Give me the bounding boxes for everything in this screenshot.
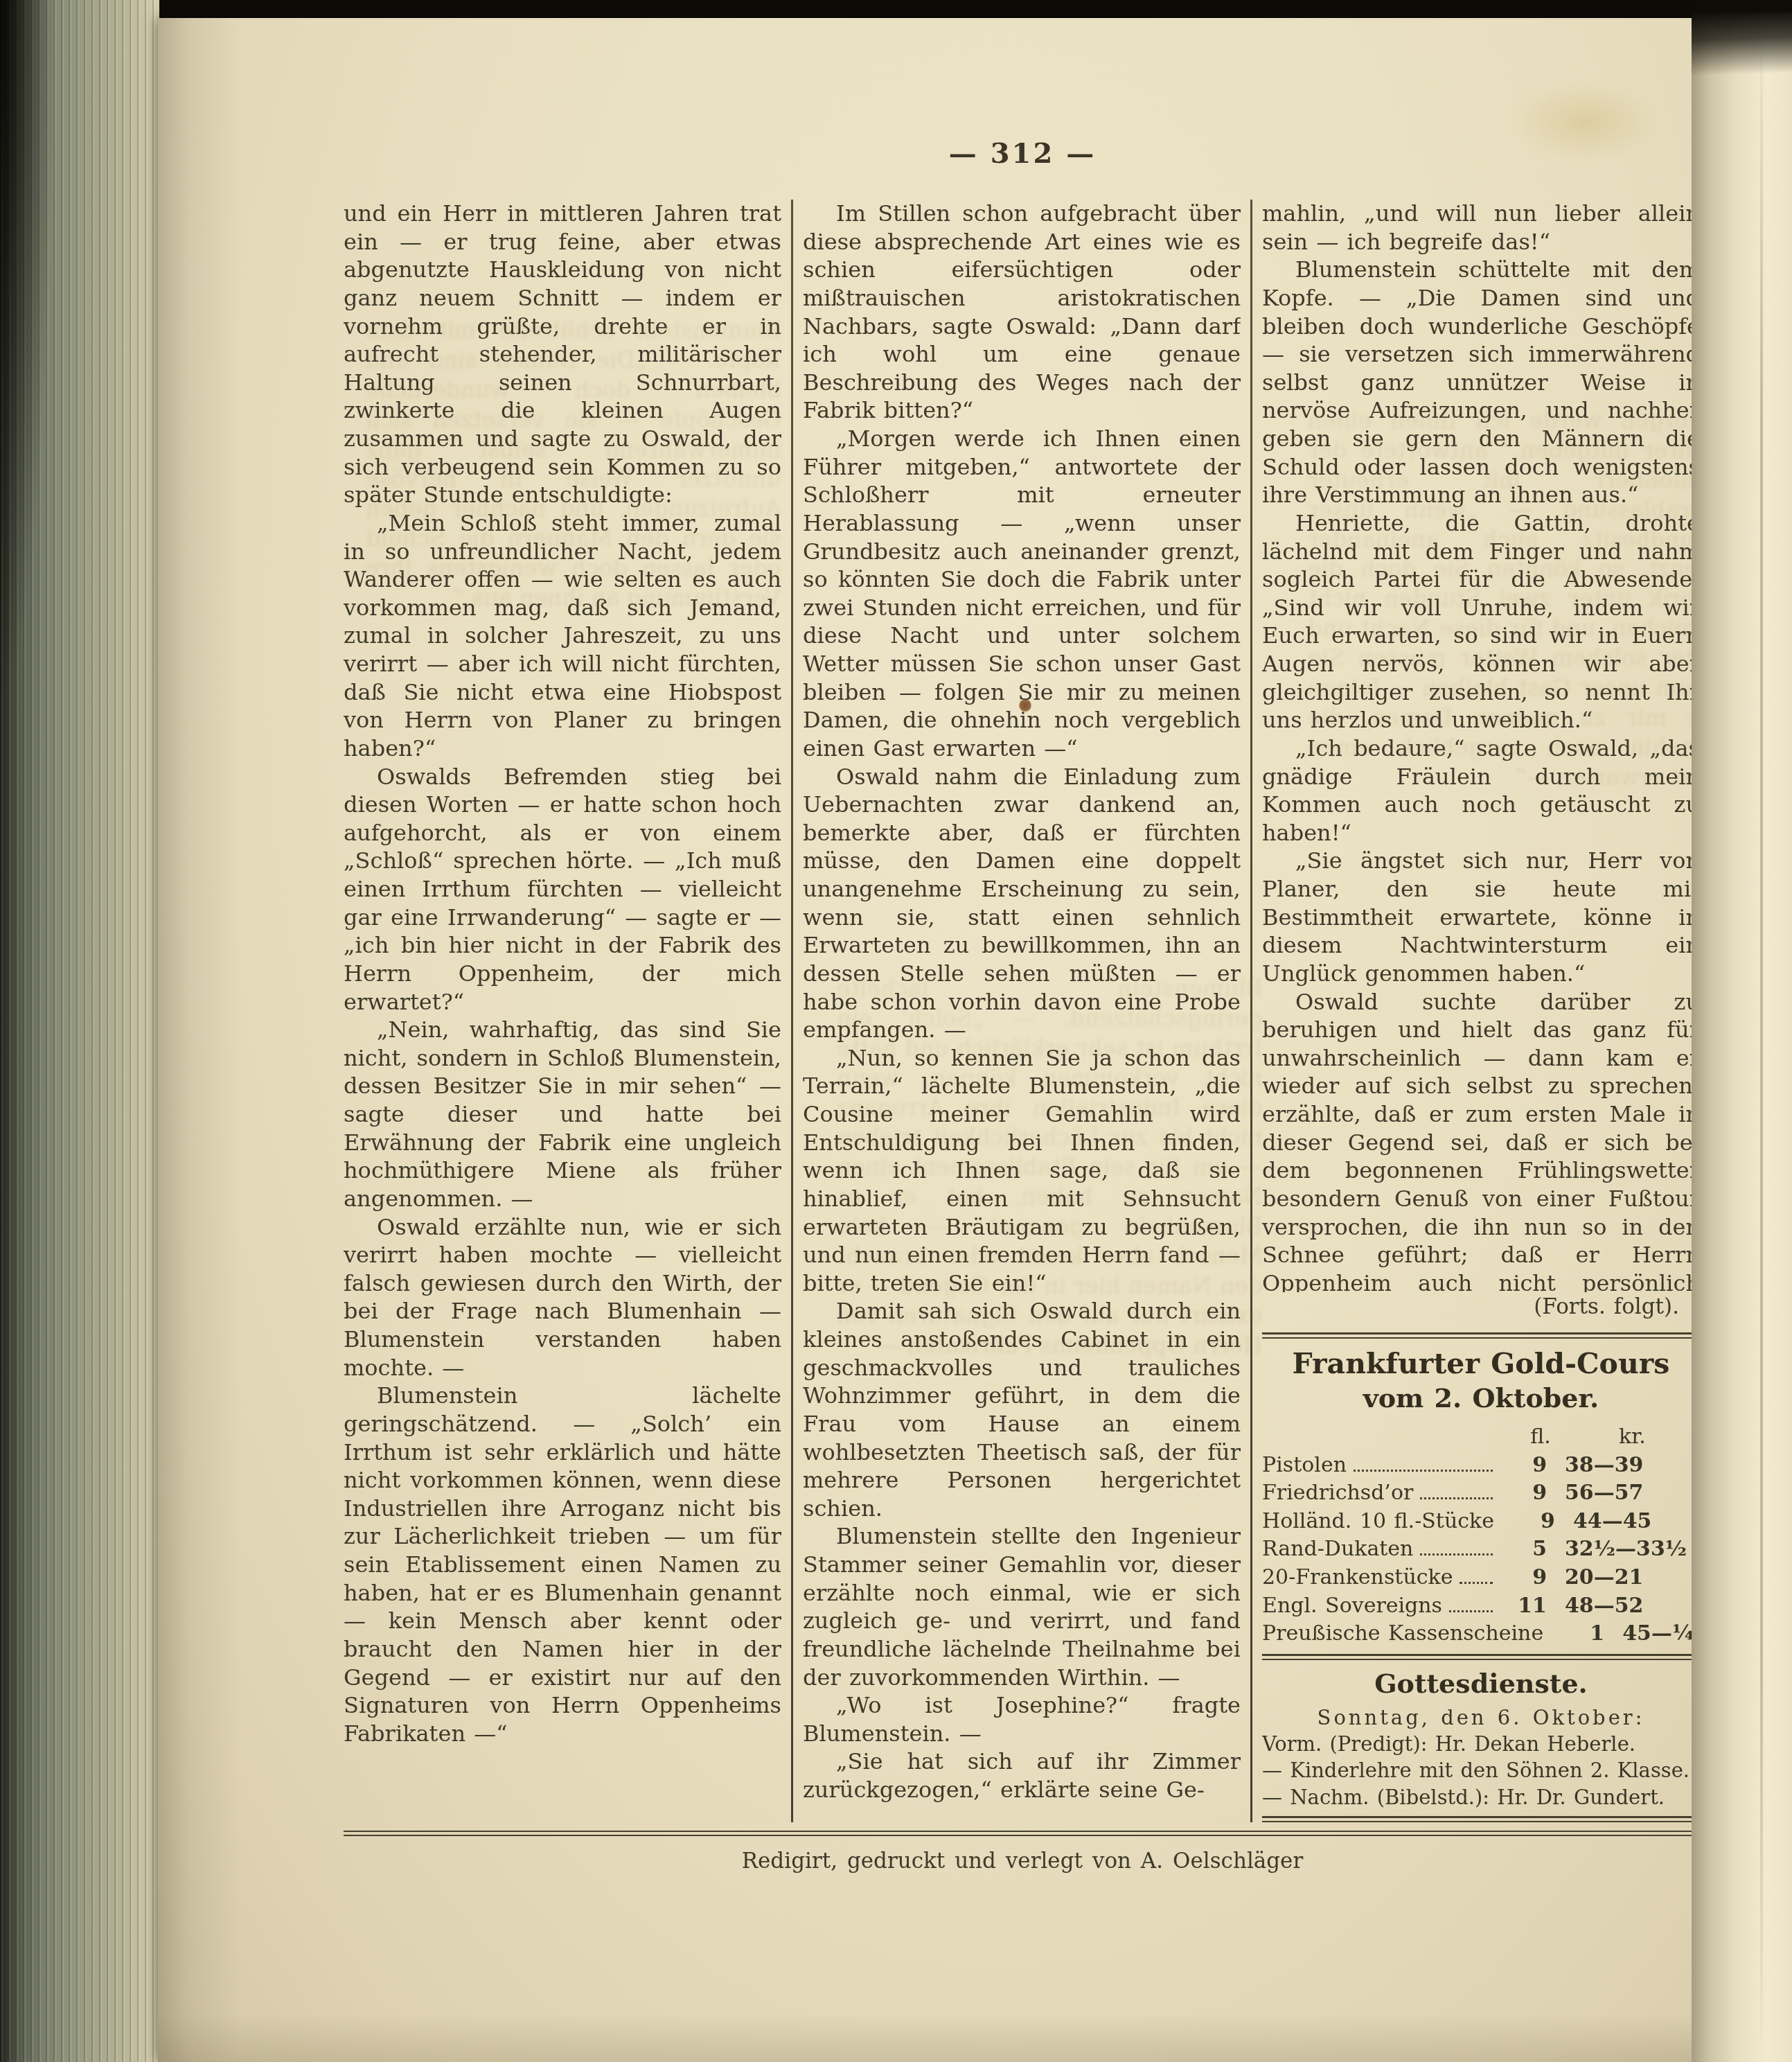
coin-name: 20-Frankenstücke <box>1262 1565 1455 1591</box>
section-rule <box>1262 1654 1700 1660</box>
table-header-kreuzer: kr. <box>1565 1425 1700 1450</box>
kreuzer-value: 44—45 <box>1555 1509 1700 1535</box>
dot-leader <box>1449 1610 1493 1612</box>
column-divider <box>791 200 793 1822</box>
kreuzer-value: 45—¼ <box>1604 1621 1700 1647</box>
gold-cours-row: Engl. Sovereigns1148—52 <box>1262 1592 1700 1621</box>
service-line: — Nachm. (Bibelstd.): Hr. Dr. Gundert. <box>1262 1784 1700 1810</box>
coin-name: Rand-Dukaten <box>1262 1537 1416 1562</box>
kreuzer-value: 32½—33½ <box>1547 1537 1700 1562</box>
coin-name: Engl. Sovereigns <box>1262 1594 1445 1619</box>
paragraph: Blumenstein lächelte geringschätzend. — … <box>344 1382 781 1747</box>
column-1: und ein Herr in mittleren Jahren trat ei… <box>344 200 781 1822</box>
florin-value: 9 <box>1498 1565 1547 1591</box>
kreuzer-value: 20—21 <box>1547 1565 1700 1591</box>
florin-value: 1 <box>1556 1621 1604 1647</box>
gold-cours-row: Holländ. 10 fl.-Stücke944—45 <box>1262 1508 1700 1536</box>
service-line: Sonntag, den 6. Oktober: <box>1262 1704 1700 1731</box>
kreuzer-value: 56—57 <box>1547 1481 1700 1506</box>
footer-rule <box>344 1831 1701 1836</box>
imprint-line: Redigirt, gedruckt und verlegt von A. Oe… <box>344 1849 1701 1874</box>
column-3: mahlin, „und will nun lieber allein sein… <box>1262 200 1700 1822</box>
page-number: — 312 — <box>344 137 1701 170</box>
gold-cours-row: Preußische Kassenscheine145—¼ <box>1262 1620 1700 1648</box>
column-2: Im Stillen schon aufgebracht über diese … <box>803 200 1241 1822</box>
paragraph: „Ich bedaure,“ sagte Oswald, „das gnädig… <box>1262 734 1700 847</box>
paragraph: „Nun, so kennen Sie ja schon das Terrain… <box>803 1044 1241 1298</box>
coin-name: Preußische Kassenscheine <box>1262 1621 1546 1647</box>
florin-value: 9 <box>1498 1481 1547 1506</box>
paragraph: „Mein Schloß steht immer, zumal in so un… <box>344 509 781 763</box>
dot-leader <box>1420 1553 1493 1556</box>
continuation-note: (Forts. folgt). <box>1262 1292 1700 1326</box>
book-page-edges <box>0 0 159 2062</box>
gold-cours-title: Frankfurter Gold-Cours <box>1262 1346 1700 1382</box>
paragraph: Oswalds Befremden stieg bei diesen Worte… <box>344 763 781 1016</box>
florin-value: 5 <box>1498 1537 1547 1562</box>
paragraph: mahlin, „und will nun lieber allein sein… <box>1262 200 1700 256</box>
gold-cours-table-header: fl. kr. <box>1262 1423 1700 1452</box>
newspaper-page: — 312 — und ein Herr in mittleren Jahren… <box>158 18 1692 2062</box>
gold-cours-table-rows: Pistolen938—39Friedrichsd’or956—57Hollän… <box>1262 1452 1700 1648</box>
service-line: — Kinderlehre mit den Söhnen 2. Klasse. <box>1262 1757 1700 1783</box>
gold-cours-date: vom 2. Oktober. <box>1262 1382 1700 1415</box>
paragraph: und ein Herr in mittleren Jahren trat ei… <box>344 200 781 509</box>
gold-cours-section: (Forts. folgt). Frankfurter Gold-Cours v… <box>1262 1292 1700 1822</box>
adjacent-page <box>1692 12 1792 2062</box>
paragraph: Oswald nahm die Einladung zum Uebernacht… <box>803 763 1241 1044</box>
paragraph: Oswald suchte darüber zu beruhigen und h… <box>1262 988 1700 1293</box>
coin-name: Pistolen <box>1262 1453 1349 1479</box>
dot-leader <box>1354 1470 1493 1472</box>
paragraph: Damit sah sich Oswald durch ein kleines … <box>803 1297 1241 1522</box>
florin-value: 9 <box>1507 1509 1555 1535</box>
section-rule <box>1262 1332 1700 1339</box>
paragraph: „Sie hat sich auf ihr Zimmer zurückgezog… <box>803 1747 1241 1804</box>
paragraph: „Sie ängstet sich nur, Herr von Planer, … <box>1262 847 1700 987</box>
services-lines: Sonntag, den 6. Oktober:Vorm. (Predigt):… <box>1262 1704 1700 1810</box>
paragraph: Henriette, die Gattin, drohte lächelnd m… <box>1262 509 1700 734</box>
florin-value: 11 <box>1498 1594 1547 1619</box>
table-header-florin: fl. <box>1516 1425 1565 1450</box>
paragraph: Blumenstein stellte den Ingenieur Stamme… <box>803 1522 1241 1691</box>
florin-value: 9 <box>1498 1453 1547 1479</box>
kreuzer-value: 38—39 <box>1547 1453 1700 1479</box>
paragraph: Oswald erzählte nun, wie er sich verirrt… <box>344 1213 781 1382</box>
paragraph: „Wo ist Josephine?“ fragte Blumenstein. … <box>803 1691 1241 1747</box>
scanned-book-photo: — 312 — und ein Herr in mittleren Jahren… <box>0 0 1792 2062</box>
column-3-text: mahlin, „und will nun lieber allein sein… <box>1262 200 1700 1292</box>
gold-cours-row: Friedrichsd’or956—57 <box>1262 1479 1700 1508</box>
column-divider <box>1250 200 1252 1822</box>
paragraph: Blumenstein schüttelte mit dem Kopfe. — … <box>1262 256 1700 509</box>
services-title: Gottesdienste. <box>1262 1667 1700 1700</box>
paragraph: Im Stillen schon aufgebracht über diese … <box>803 200 1241 425</box>
coin-name: Friedrichsd’or <box>1262 1481 1416 1506</box>
dot-leader <box>1460 1582 1493 1584</box>
gold-cours-row: Rand-Dukaten532½—33½ <box>1262 1535 1700 1564</box>
section-rule <box>1262 1816 1700 1822</box>
gold-cours-row: 20-Frankenstücke920—21 <box>1262 1564 1700 1592</box>
paragraph: „Morgen werde ich Ihnen einen Führer mit… <box>803 425 1241 763</box>
coin-name: Holländ. 10 fl.-Stücke <box>1262 1509 1497 1535</box>
service-line: Vorm. (Predigt): Hr. Dekan Heberle. <box>1262 1731 1700 1757</box>
kreuzer-value: 48—52 <box>1547 1594 1700 1619</box>
gold-cours-row: Pistolen938—39 <box>1262 1452 1700 1480</box>
paragraph: „Nein, wahrhaftig, das sind Sie nicht, s… <box>344 1016 781 1213</box>
article-columns: und ein Herr in mittleren Jahren trat ei… <box>344 200 1701 1822</box>
dot-leader <box>1420 1497 1493 1499</box>
